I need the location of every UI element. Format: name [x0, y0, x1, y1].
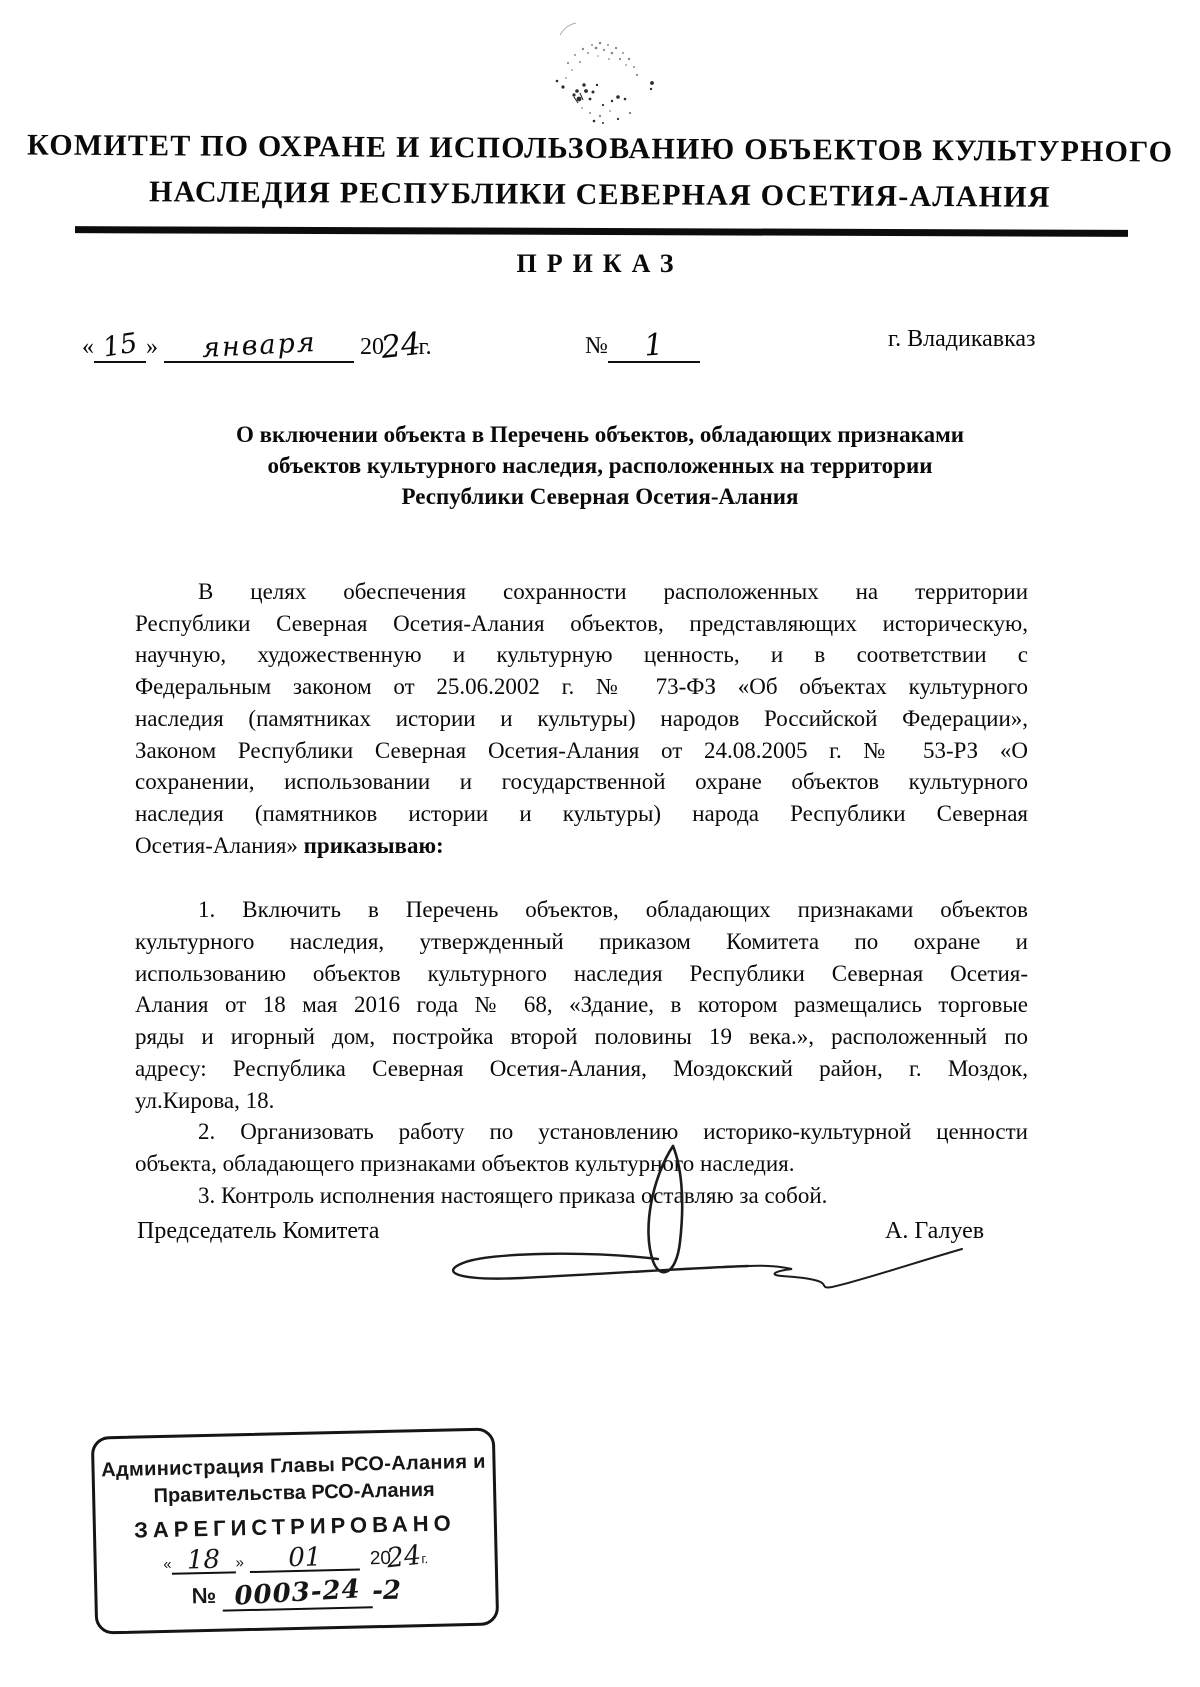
stamp-number-label: №: [191, 1583, 216, 1609]
text-line: ряды и игорный дом, постройка второй пол…: [135, 1021, 1028, 1053]
text-line: Осетия-Алания» приказываю:: [135, 830, 1028, 862]
registration-stamp: Администрация Главы РСО-Алания и Правите…: [91, 1427, 499, 1634]
stamp-handwritten-day: 18: [187, 1550, 221, 1571]
title-line3: Республики Северная Осетия-Алания: [0, 481, 1200, 512]
stamp-handwritten-month: 01: [288, 1547, 322, 1568]
stamp-number-blank: 0003-24: [222, 1576, 373, 1611]
handwritten-month: января: [201, 327, 317, 364]
stamp-org-line1: Администрация Главы РСО-Алания и: [94, 1451, 492, 1483]
scanned-order-document: КОМИТЕТ ПО ОХРАНЕ И ИСПОЛЬЗОВАНИЮ ОБЪЕКТ…: [0, 0, 1200, 1687]
text-line: научную, художественную и культурную цен…: [135, 639, 1028, 671]
text-line: наследия (памятников истории и культуры)…: [135, 798, 1028, 830]
title-line1: О включении объекта в Перечень объектов,…: [0, 419, 1200, 450]
stamp-handwritten-number-tail: -2: [372, 1576, 402, 1607]
organization-name-line1: КОМИТЕТ ПО ОХРАНЕ И ИСПОЛЬЗОВАНИЮ ОБЪЕКТ…: [0, 122, 1200, 175]
header-divider-rule: [75, 226, 1128, 237]
open-quote: «: [82, 334, 94, 360]
preamble: В целях обеспечения сохранности располож…: [135, 576, 1028, 861]
document-body: В целях обеспечения сохранности располож…: [135, 576, 1028, 1211]
text-line: использованию объектов культурного насле…: [135, 958, 1028, 990]
document-title: О включении объекта в Перечень объектов,…: [0, 419, 1200, 512]
document-type-heading: ПРИКАЗ: [0, 249, 1200, 279]
handwritten-number: 1: [643, 327, 664, 363]
day-blank: 15: [94, 330, 146, 363]
date-field: «15» января 2024г.: [82, 326, 432, 363]
handwritten-year: 24: [379, 326, 422, 366]
coat-of-arms-emblem: [500, 15, 670, 135]
meta-row: «15» января 2024г. №1 г. Владикавказ: [0, 312, 1200, 372]
stamp-handwritten-year: 24: [386, 1546, 422, 1570]
title-line2: объектов культурного наследия, расположе…: [0, 450, 1200, 481]
city-label: г. Владикавказ: [888, 326, 1036, 353]
organization-name-line2: НАСЛЕДИЯ РЕСПУБЛИКИ СЕВЕРНАЯ ОСЕТИЯ-АЛАН…: [0, 168, 1200, 221]
text-line: наследия (памятниках истории и культуры)…: [135, 703, 1028, 735]
item-1: 1. Включить в Перечень объектов, обладаю…: [135, 894, 1028, 1116]
number-label: №: [585, 333, 608, 359]
text-line: сохранении, использовании и государствен…: [135, 766, 1028, 798]
handwritten-day: 15: [101, 328, 140, 364]
handwritten-signature: [430, 1128, 970, 1308]
stamp-close-quote: »: [235, 1554, 244, 1571]
number-field: №1: [585, 326, 700, 363]
number-blank: 1: [608, 326, 700, 363]
close-quote: »: [146, 334, 158, 360]
text-line: Алания от 18 мая 2016 года № 68, «Здание…: [135, 989, 1028, 1021]
text-line: адресу: Республика Северная Осетия-Алани…: [135, 1053, 1028, 1085]
month-blank: января: [164, 330, 354, 363]
stamp-handwritten-number: 0003-24: [233, 1574, 361, 1611]
stamp-org-line2: Правительства РСО-Алания: [95, 1477, 493, 1509]
text-line: Республики Северная Осетия-Алания объект…: [135, 608, 1028, 640]
stamp-date-field: «18»012024г.: [96, 1543, 494, 1576]
stamp-month-blank: 01: [250, 1547, 361, 1573]
text-line: Федеральным законом от 25.06.2002 г. № 7…: [135, 671, 1028, 703]
stamp-year-suffix: г.: [421, 1551, 428, 1566]
organization-name: КОМИТЕТ ПО ОХРАНЕ И ИСПОЛЬЗОВАНИЮ ОБЪЕКТ…: [0, 122, 1200, 221]
text-line: Законом Республики Северная Осетия-Алани…: [135, 735, 1028, 767]
text-line: культурного наследия, утвержденный прика…: [135, 926, 1028, 958]
text-line: 1. Включить в Перечень объектов, обладаю…: [135, 894, 1028, 926]
stamp-day-blank: 18: [171, 1549, 236, 1574]
signer-position: Председатель Комитета: [137, 1218, 379, 1245]
stamp-number-field: №0003-24-2: [97, 1573, 496, 1614]
text-line: ул.Кирова, 18.: [135, 1085, 1028, 1117]
text-line: В целях обеспечения сохранности располож…: [135, 576, 1028, 608]
stamp-registered-label: ЗАРЕГИСТРИРОВАНО: [96, 1509, 494, 1544]
